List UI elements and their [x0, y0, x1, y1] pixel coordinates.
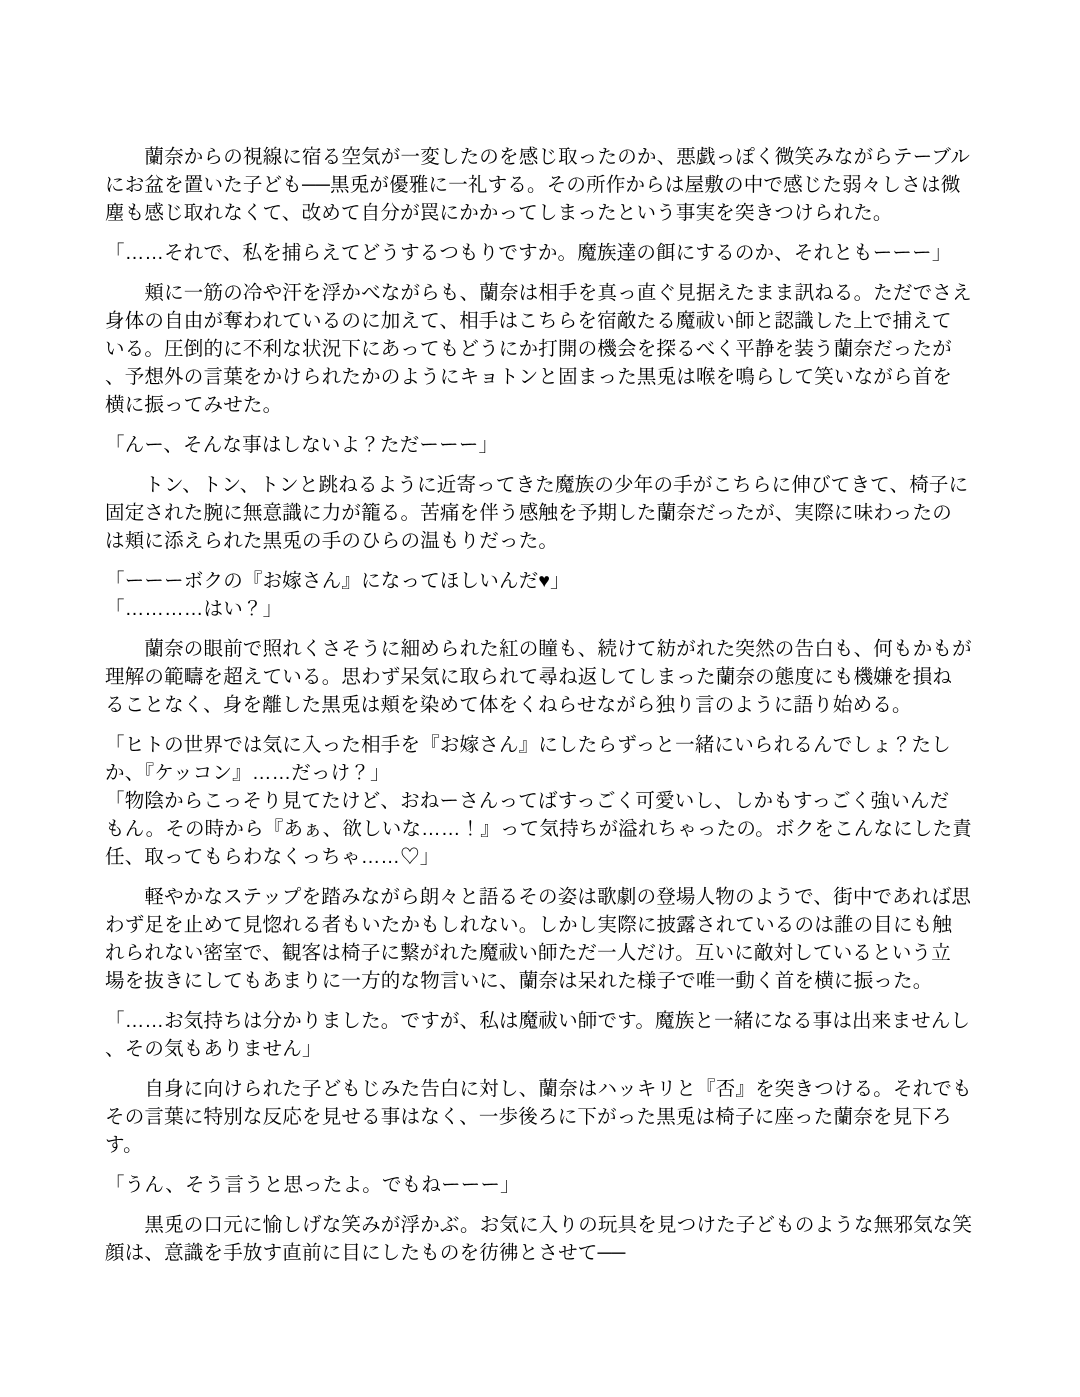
dialogue-paragraph: 「ヒトの世界では気に入った相手を『お嫁さん』にしたらずっと一緒にいられるんでしょ…: [105, 731, 975, 871]
dialogue-paragraph: 「……それで、私を捕らえてどうするつもりですか。魔族達の餌にするのか、それともー…: [105, 239, 975, 267]
narration-paragraph: 黒兎の口元に愉しげな笑みが浮かぶ。お気に入りの玩具を見つけた子どものような無邪気…: [105, 1211, 975, 1267]
dialogue-paragraph: 「んー、そんな事はしないよ？ただーーー」: [105, 431, 975, 459]
dialogue-paragraph: 「うん、そう言うと思ったよ。でもねーーー」: [105, 1171, 975, 1199]
narration-paragraph: 軽やかなステップを踏みながら朗々と語るその姿は歌劇の登場人物のようで、街中であれ…: [105, 883, 975, 995]
novel-text-page: 蘭奈からの視線に宿る空気が一変したのを感じ取ったのか、悪戯っぽく微笑みながらテー…: [0, 0, 1080, 1397]
dialogue-paragraph: 「……お気持ちは分かりました。ですが、私は魔祓い師です。魔族と一緒になる事は出来…: [105, 1007, 975, 1063]
narration-paragraph: 自身に向けられた子どもじみた告白に対し、蘭奈はハッキリと『否』を突きつける。それ…: [105, 1075, 975, 1159]
dialogue-paragraph: 「ーーーボクの『お嫁さん』になってほしいんだ♥」 「…………はい？」: [105, 567, 975, 623]
text-body: 蘭奈からの視線に宿る空気が一変したのを感じ取ったのか、悪戯っぽく微笑みながらテー…: [105, 143, 975, 1267]
narration-paragraph: 蘭奈からの視線に宿る空気が一変したのを感じ取ったのか、悪戯っぽく微笑みながらテー…: [105, 143, 975, 227]
narration-paragraph: 蘭奈の眼前で照れくさそうに細められた紅の瞳も、続けて紡がれた突然の告白も、何もか…: [105, 635, 975, 719]
narration-paragraph: トン、トン、トンと跳ねるように近寄ってきた魔族の少年の手がこちらに伸びてきて、椅…: [105, 471, 975, 555]
narration-paragraph: 頬に一筋の冷や汗を浮かべながらも、蘭奈は相手を真っ直ぐ見据えたまま訊ねる。ただで…: [105, 279, 975, 419]
